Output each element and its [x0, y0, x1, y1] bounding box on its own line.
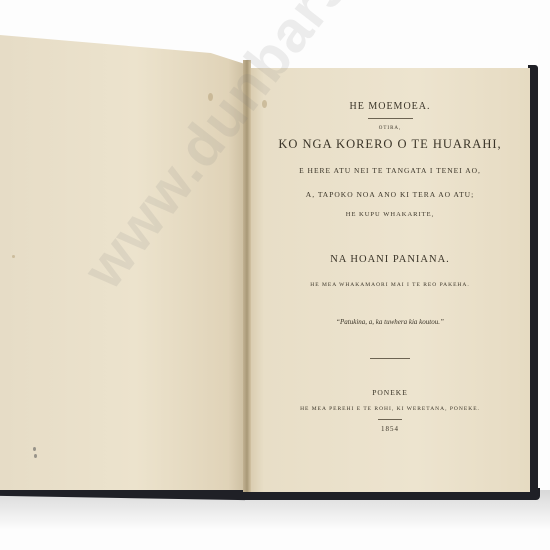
epigraph: “Patukina, a, ka tuwhera kia koutou.”	[255, 318, 525, 326]
divider-rule	[368, 118, 413, 119]
foxing-spot	[34, 454, 37, 458]
title-main: KO NGA KORERO O TE HUARAHI,	[255, 137, 525, 152]
imprint-printer: HE MEA PEREHI E TE ROHI, KI WERETANA, PO…	[255, 406, 525, 412]
title-heading: HE MOEMOEA.	[255, 101, 525, 112]
author-line: NA HOANI PANIANA.	[255, 254, 525, 265]
subtitle-line: HE KUPU WHAKARITE,	[255, 211, 525, 218]
imprint-place: PONEKE	[255, 388, 525, 397]
subtitle-line: A, TAPOKO NOA ANO KI TERA AO ATU;	[255, 190, 525, 199]
foxing-spot	[33, 447, 36, 451]
imprint-year: 1854	[255, 425, 525, 433]
foxing-spot	[12, 255, 15, 258]
translation-note: HE MEA WHAKAMAORI MAI I TE REO PAKEHA.	[255, 282, 525, 288]
divider-rule	[370, 358, 410, 359]
divider-rule	[378, 419, 402, 420]
subtitle-line: E HERE ATU NEI TE TANGATA I TENEI AO,	[255, 166, 525, 175]
title-conjunction: OTIRA,	[255, 126, 525, 131]
